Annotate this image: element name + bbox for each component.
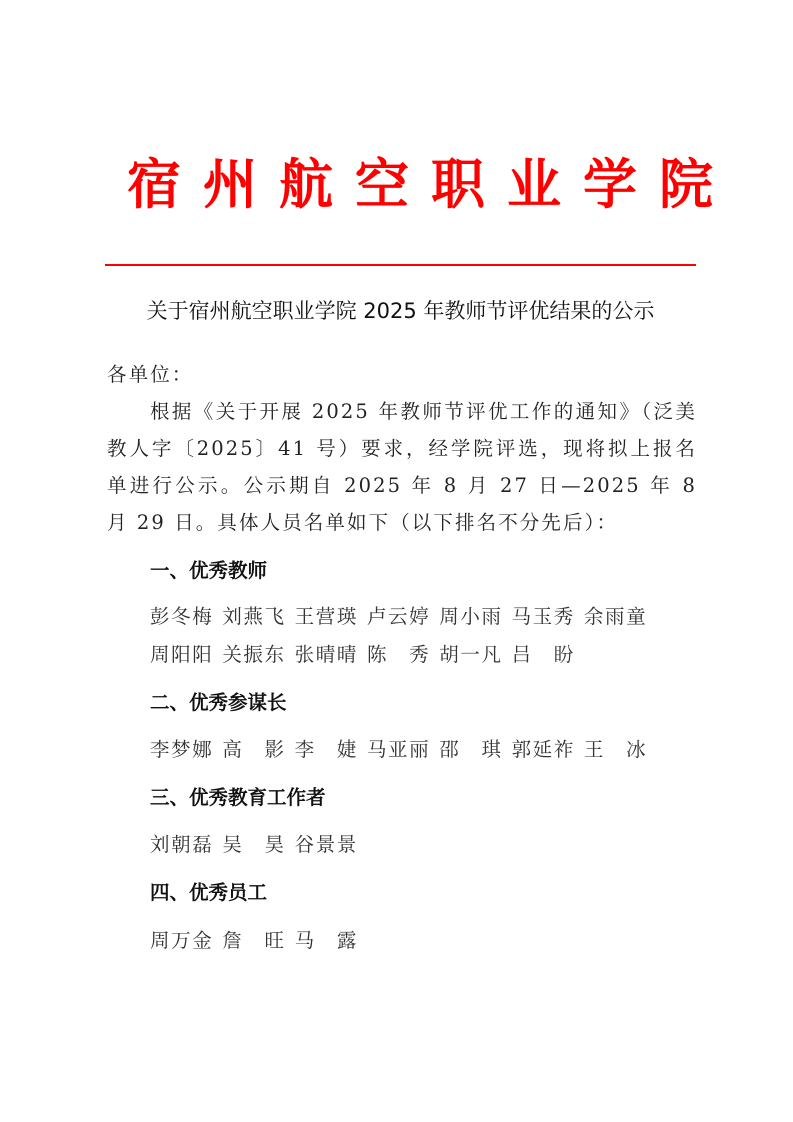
- name-item: 马 露: [295, 922, 358, 960]
- name-list-excellent-educators: 刘朝磊吴 昊谷景景: [150, 826, 710, 864]
- name-item: 周小雨: [439, 598, 502, 636]
- document-page: 宿州航空职业学院 关于宿州航空职业学院 2025 年教师节评优结果的公示 各单位…: [0, 0, 793, 1122]
- name-item: 胡一凡: [439, 636, 502, 674]
- name-item: 陈 秀: [367, 636, 430, 674]
- body-paragraph: 根据《关于开展 2025 年教师节评优工作的通知》（泛美教人字〔2025〕41 …: [107, 393, 697, 541]
- salutation: 各单位：: [107, 356, 697, 393]
- name-item: 刘朝磊: [150, 826, 213, 864]
- section-heading-excellent-chief-of-staff: 二、优秀参谋长: [150, 688, 287, 718]
- institution-letterhead: 宿州航空职业学院: [105, 148, 696, 220]
- name-item: 关振东: [222, 636, 285, 674]
- name-item: 谷景景: [295, 826, 358, 864]
- letterhead-divider: [105, 264, 696, 266]
- name-item: 刘燕飞: [222, 598, 285, 636]
- name-item: 郭延祚: [512, 731, 575, 769]
- name-list-excellent-teachers: 彭冬梅刘燕飞王营瑛卢云婷周小雨马玉秀余雨童周阳阳关振东张晴晴陈 秀胡一凡吕 盼: [150, 598, 710, 674]
- name-item: 张晴晴: [295, 636, 358, 674]
- name-item: 詹 旺: [222, 922, 285, 960]
- name-item: 余雨童: [584, 598, 647, 636]
- name-item: 邵 琪: [439, 731, 502, 769]
- name-item: 卢云婷: [367, 598, 430, 636]
- name-item: 李梦娜: [150, 731, 213, 769]
- document-title: 关于宿州航空职业学院 2025 年教师节评优结果的公示: [105, 294, 696, 328]
- name-item: 吴 昊: [222, 826, 285, 864]
- name-item: 王营瑛: [295, 598, 358, 636]
- name-item: 高 影: [222, 731, 285, 769]
- section-heading-excellent-teachers: 一、优秀教师: [150, 556, 267, 586]
- name-item: 周阳阳: [150, 636, 213, 674]
- name-item: 李 婕: [295, 731, 358, 769]
- name-list-excellent-chief-of-staff: 李梦娜高 影李 婕马亚丽邵 琪郭延祚王 冰: [150, 731, 710, 769]
- name-item: 王 冰: [584, 731, 647, 769]
- section-heading-excellent-educators: 三、优秀教育工作者: [150, 783, 326, 813]
- name-item: 彭冬梅: [150, 598, 213, 636]
- name-item: 周万金: [150, 922, 213, 960]
- name-item: 吕 盼: [512, 636, 575, 674]
- name-item: 马亚丽: [367, 731, 430, 769]
- name-list-excellent-staff: 周万金詹 旺马 露: [150, 922, 710, 960]
- name-item: 马玉秀: [512, 598, 575, 636]
- section-heading-excellent-staff: 四、优秀员工: [150, 878, 267, 908]
